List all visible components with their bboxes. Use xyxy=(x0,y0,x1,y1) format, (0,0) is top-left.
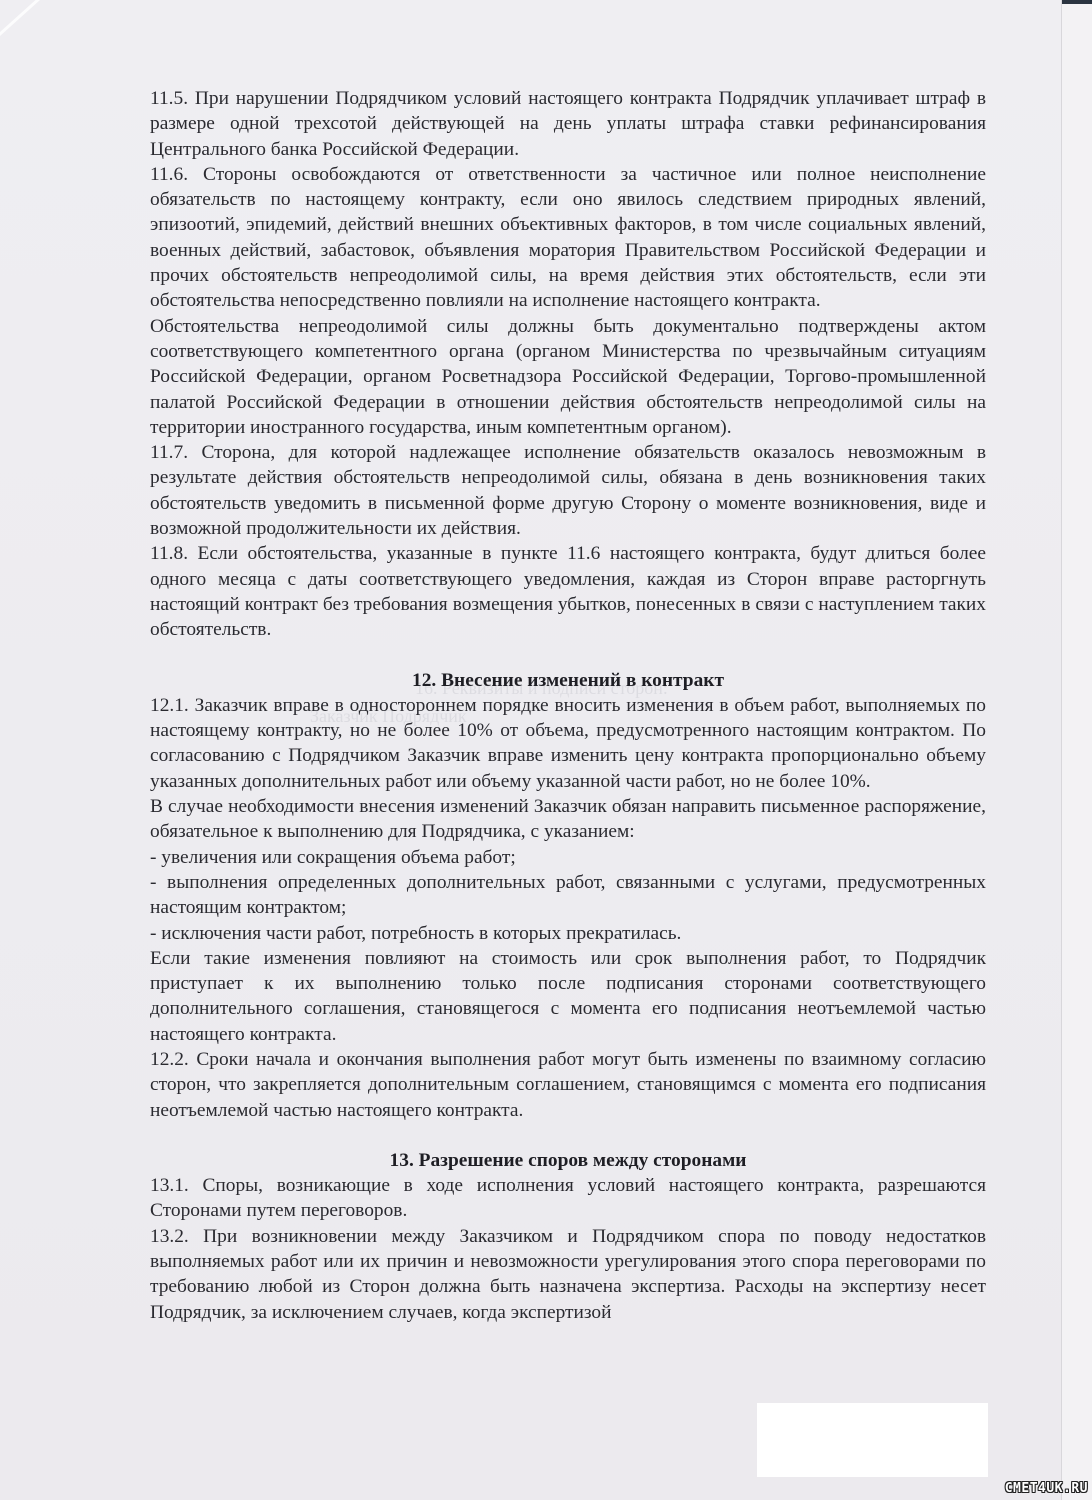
section-spacer xyxy=(150,1123,986,1148)
paper-crease xyxy=(0,0,101,52)
change-item-volume: - увеличения или сокращения объема работ… xyxy=(150,845,986,870)
force-majeure-proof: Обстоятельства непреодолимой силы должны… xyxy=(150,314,986,440)
change-cost-impact: Если такие изменения повлияют на стоимос… xyxy=(150,946,986,1047)
scanned-page: 16. Реквизиты и подписи сторон: Заказчик… xyxy=(0,0,1062,1500)
page-edge-shadow xyxy=(1062,0,1092,4)
section-spacer xyxy=(150,643,986,668)
change-item-exclusion: - исключения части работ, потребность в … xyxy=(150,921,986,946)
clause-12-1: 12.1. Заказчик вправе в одностороннем по… xyxy=(150,693,986,794)
document-body: 11.5. При нарушении Подрядчиком условий … xyxy=(150,86,986,1325)
change-order-intro: В случае необходимости внесения изменени… xyxy=(150,794,986,845)
clause-11-5: 11.5. При нарушении Подрядчиком условий … xyxy=(150,86,986,162)
clause-11-8: 11.8. Если обстоятельства, указанные в п… xyxy=(150,541,986,642)
clause-11-7: 11.7. Сторона, для которой надлежащее ис… xyxy=(150,440,986,541)
site-watermark: CMET4UK.RU xyxy=(1005,1481,1088,1496)
clause-12-2: 12.2. Сроки начала и окончания выполнени… xyxy=(150,1047,986,1123)
clause-11-6: 11.6. Стороны освобождаются от ответстве… xyxy=(150,162,986,314)
redaction-box xyxy=(757,1403,988,1477)
section-13-heading: 13. Разрешение споров между сторонами xyxy=(150,1148,986,1173)
clause-13-2: 13.2. При возникновении между Заказчиком… xyxy=(150,1224,986,1325)
clause-13-1: 13.1. Споры, возникающие в ходе исполнен… xyxy=(150,1173,986,1224)
section-12-heading: 12. Внесение изменений в контракт xyxy=(150,668,986,693)
change-item-additional: - выполнения определенных дополнительных… xyxy=(150,870,986,921)
page-edge xyxy=(1061,0,1092,1500)
